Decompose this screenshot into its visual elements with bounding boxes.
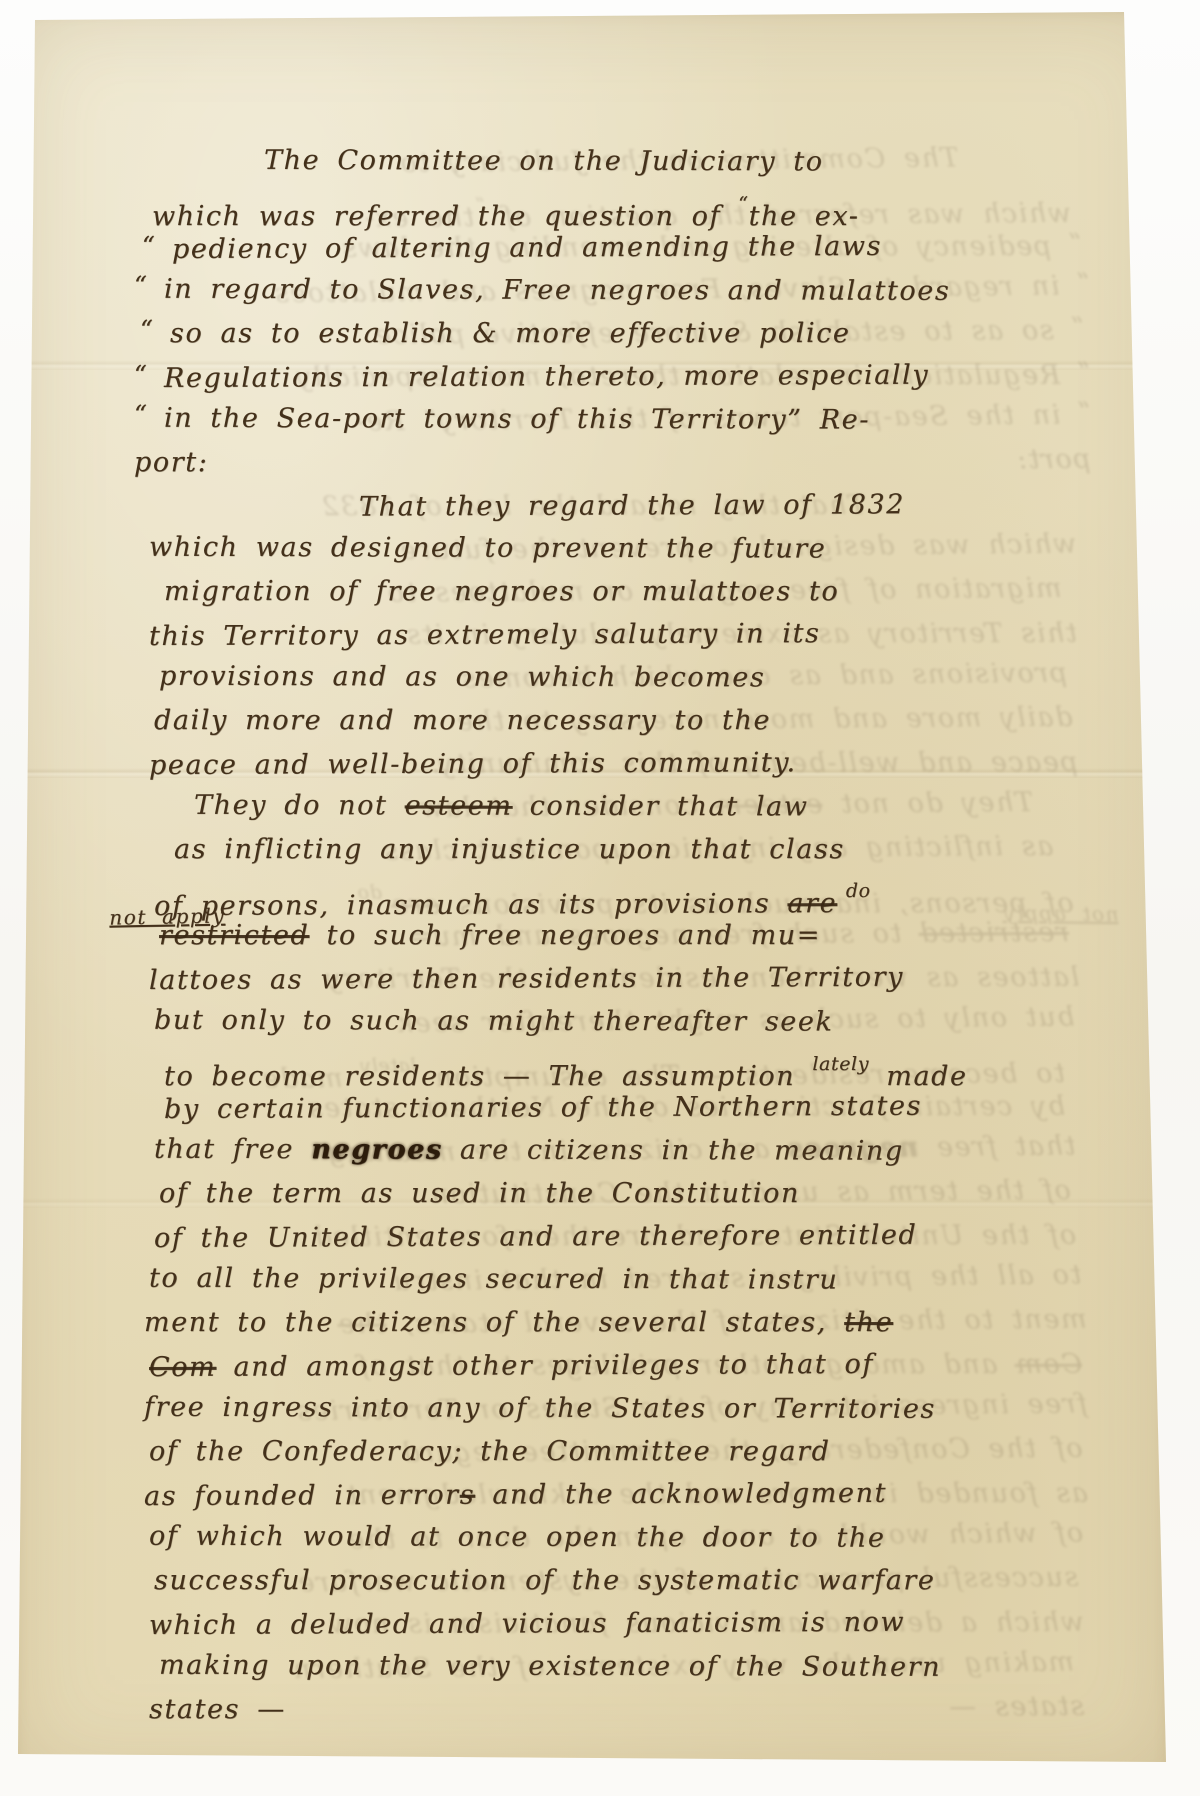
handwritten-text: They do not [194,790,405,822]
handwritten-text: and amongst other privileges to that of [216,1349,874,1383]
manuscript-line: daily more and more necessary to the [154,699,1094,742]
ink-blotted-word: negroes [311,1134,443,1165]
manuscript-line: peace and well-being of this community. [149,740,1094,787]
handwritten-text: Regulations in relation thereto, more es… [164,360,929,394]
handwritten-text: successful prosecution of the systematic… [154,1565,936,1596]
manuscript-line: “in regard to Slaves, Free negroes and m… [164,268,1094,313]
handwritten-text: of the term as used in the Constitution [159,1178,800,1209]
manuscript-line: of the Confederacy; the Committee regard [149,1430,1094,1473]
manuscript-line: ment to the citizens of the several stat… [144,1301,1094,1344]
manuscript-line: lattoes as were then residents in the Te… [149,955,1094,1002]
manuscript-line: as founded in errors and the acknowledgm… [144,1471,1094,1518]
struck-out-word: restricted [159,920,309,951]
manuscript-line: “pediency of altering and amending the l… [172,224,1094,271]
handwritten-text: migration of free negroes or mulattoes t… [164,576,839,607]
handwritten-text: port: [134,447,208,478]
manuscript-line: “so as to establish & more effective pol… [170,312,1094,355]
manuscript-paper: The Committee on the Judiciary towhich w… [16,12,1168,1774]
manuscript-line: provisions and as one which becomes [159,655,1094,700]
handwritten-text: that free [154,1134,311,1165]
interlinear-insertion: do [837,880,871,902]
manuscript-line: as inflicting any injustice upon that cl… [174,828,1094,871]
manuscript-line: The Committee on the Judiciary to [264,139,1094,184]
margin-quote-mark: “ [142,224,155,267]
handwritten-text: as founded in error [144,1480,460,1512]
struck-out-word: the [844,1307,893,1338]
handwritten-text: to all the privileges secured in that in… [149,1263,838,1296]
manuscript-line: That they regard the law of 1832 [359,482,1094,528]
manuscript-line: successful prosecution of the systematic… [154,1559,1094,1602]
manuscript-line: of which would at once open the door to … [149,1515,1094,1560]
handwritten-text: but only to such as might thereafter see… [154,1005,834,1038]
manuscript-line: port: [134,441,1094,484]
handwritten-text: provisions and as one which becomes [159,661,765,694]
handwritten-text: The Committee on the Judiciary to [264,145,824,177]
handwritten-text: in the Sea-port towns of this Territory”… [164,403,870,436]
handwritten-text: which a deluded and vicious fanaticism i… [149,1607,905,1641]
manuscript-line: restricted to such free negroes and mu= [159,914,1094,957]
handwritten-text: pediency of altering and amending the la… [172,231,882,265]
handwritten-text: states — [149,1694,286,1725]
handwritten-text: lattoes as were then residents in the Te… [149,962,904,996]
manuscript-text: The Committee on the Judiciary towhich w… [134,140,1094,1731]
handwritten-text: daily more and more necessary to the [154,705,771,736]
handwritten-text: of the Confederacy; the Committee regard [149,1436,830,1467]
handwritten-text: free ingress into any of the States or T… [144,1392,936,1425]
manuscript-line: to become residents — The assumption lat… [164,1043,1094,1086]
manuscript-line: of the United States and are therefore e… [154,1213,1094,1260]
margin-quote-mark: “ [134,353,147,396]
handwritten-text: are citizens in the meaning [443,1135,904,1167]
handwritten-text: and the acknowledgment [475,1478,887,1511]
manuscript-line: Com and amongst other privileges to that… [149,1342,1094,1389]
manuscript-line: free ingress into any of the States or T… [144,1386,1094,1431]
manuscript-line: by certain functionaries of the Northern… [164,1084,1094,1131]
manuscript-line: making upon the very existence of the So… [159,1644,1094,1689]
handwritten-text: as inflicting any injustice upon that cl… [174,834,845,865]
handwritten-text: to such free negroes and mu= [309,920,821,951]
manuscript-line: but only to such as might thereafter see… [154,999,1094,1044]
handwritten-text: by certain functionaries of the Northern… [164,1091,922,1125]
manuscript-line: that free negroes are citizens in the me… [154,1128,1094,1173]
manuscript-line: this Territory as extremely salutary in … [149,611,1094,658]
handwritten-text: consider that law [512,791,808,823]
interlinear-insertion: lately [812,1053,869,1075]
handwritten-text: ment to the citizens of the several stat… [144,1307,844,1338]
manuscript-line: They do not esteem consider that law [194,784,1094,829]
manuscript-line: which a deluded and vicious fanaticism i… [149,1600,1094,1647]
manuscript-line: to all the privileges secured in that in… [149,1257,1094,1302]
handwritten-text: That they regard the law of 1832 [359,489,905,522]
margin-quote-mark: “ [134,264,147,307]
margin-quote-mark: “ [134,393,147,436]
handwritten-text: so as to establish & more effective poli… [170,318,851,349]
manuscript-line: which was designed to prevent the future [149,526,1094,571]
manuscript-line: “in the Sea-port towns of this Territory… [164,397,1094,442]
handwritten-text: of which would at once open the door to … [149,1521,886,1554]
struck-out-word: esteem [405,790,513,821]
handwritten-text: which was designed to prevent the future [149,532,826,565]
handwritten-text: of the United States and are therefore e… [154,1220,917,1254]
handwritten-text: in regard to Slaves, Free negroes and mu… [164,274,950,307]
margin-quote-mark: “ [140,308,153,351]
manuscript-line: of persons, inasmuch as its provisions a… [154,869,1094,916]
manuscript-line: migration of free negroes or mulattoes t… [164,570,1094,613]
manuscript-line: “Regulations in relation thereto, more e… [164,353,1094,400]
handwritten-text: this Territory as extremely salutary in … [149,618,821,652]
manuscript-line: states — [149,1688,1094,1731]
struck-out-word: s [460,1480,476,1511]
handwritten-text: making upon the very existence of the So… [159,1650,941,1683]
manuscript-line: of the term as used in the Constitution [159,1172,1094,1215]
handwritten-text: peace and well-being of this community. [149,747,797,781]
struck-out-word: Com [149,1352,216,1383]
manuscript-line: which was referred the question of “the … [152,183,1094,226]
interlinear-insertion: “ [738,193,748,215]
